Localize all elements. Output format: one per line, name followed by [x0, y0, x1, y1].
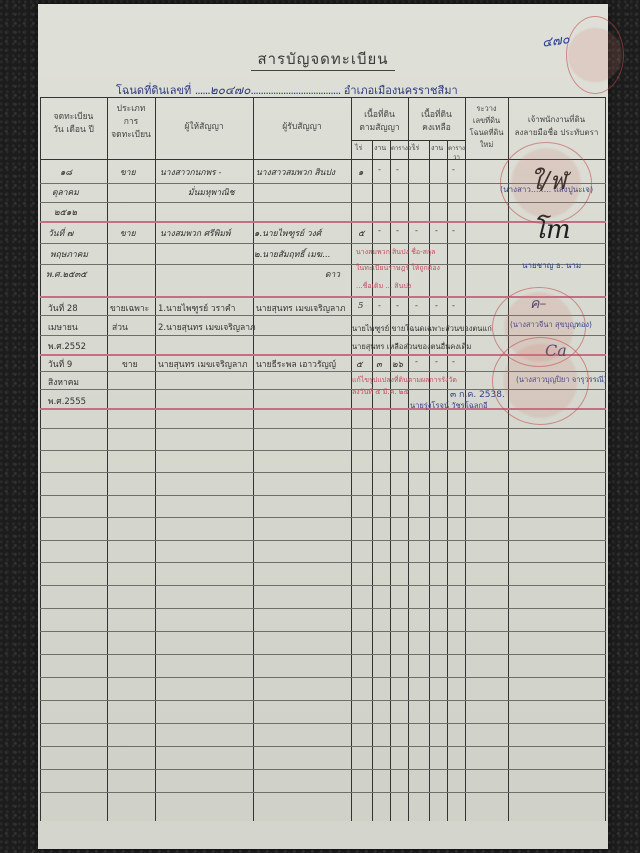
page-bottom-margin	[38, 821, 608, 849]
header-type: ประเภท การ จดทะเบียน	[107, 103, 155, 142]
header-officer: เจ้าพนักงานที่ดิน ลงลายมือชื่อ ประทับตรา	[508, 113, 605, 139]
district: อำเภอเมืองนครราชสีมา	[344, 84, 458, 97]
red-seal-stamp	[492, 337, 589, 425]
deed-label: โฉนดที่ดินเลขที่	[116, 84, 191, 97]
header-grantee: ผู้รับสัญญา	[253, 121, 351, 134]
header-area-contract: เนื้อที่ดิน ตามสัญญา	[351, 109, 408, 135]
deed-number: ๒๐๔๗๐	[210, 83, 251, 97]
header-survey: ระวาง เลขที่ดิน โฉนดที่ดิน ใหม่	[465, 103, 508, 151]
registry-table: จดทะเบียน วัน เดือน ปี ประเภท การ จดทะเบ…	[40, 97, 606, 823]
page-title: สารบัญจดทะเบียน	[38, 47, 608, 71]
header-area-remaining: เนื้อที่ดิน คงเหลือ	[408, 109, 465, 135]
registry-sheet: ๔๗๐ สารบัญจดทะเบียน โฉนดที่ดินเลขที่ ...…	[38, 4, 608, 849]
header-grantor: ผู้ให้สัญญา	[155, 121, 253, 134]
red-seal-stamp	[500, 142, 592, 224]
header-date: จดทะเบียน วัน เดือน ปี	[40, 111, 107, 137]
